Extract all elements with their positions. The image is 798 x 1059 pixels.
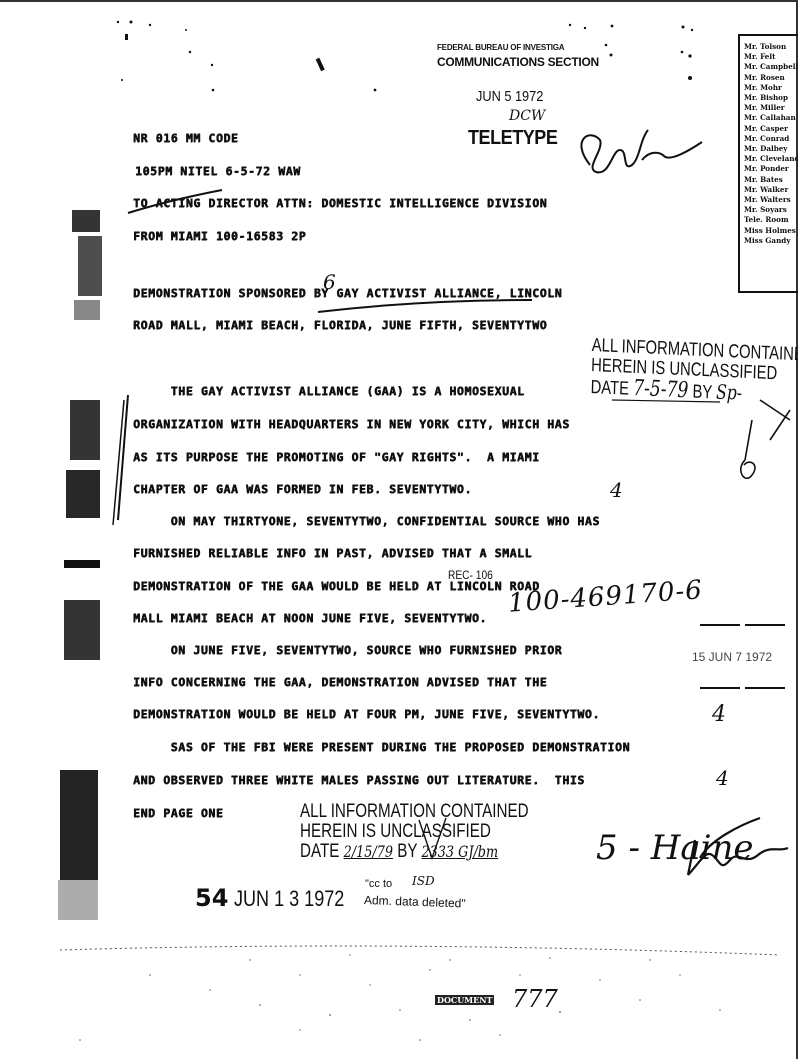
body-line: AND OBSERVED THREE WHITE MALES PASSING O… <box>133 773 585 787</box>
stamp-by-label: BY <box>397 841 417 862</box>
routing-item: Mr. Rosen <box>740 73 798 83</box>
rec-stamp: REC- 106 <box>448 568 493 582</box>
filing-line <box>700 687 740 689</box>
routing-item: Mr. Ponder <box>740 164 798 174</box>
routing-item: Mr. Bates <box>740 175 798 185</box>
routing-item: Mr. Walters <box>740 195 798 205</box>
body-line: DEMONSTRATION WOULD BE HELD AT FOUR PM, … <box>133 707 600 721</box>
body-line: INFO CONCERNING THE GAA, DEMONSTRATION A… <box>133 675 547 689</box>
to-line: TO ACTING DIRECTOR ATTN: DOMESTIC INTELL… <box>133 196 547 210</box>
stamp-date-value: 7-5-79 <box>633 376 689 403</box>
received-date-stamp: JUN 5 1972 <box>476 88 543 105</box>
stamp-date-row: DATE 2/15/79 BY 2333 GJ/bm <box>300 842 529 862</box>
cc-handwritten: ISD <box>412 874 435 888</box>
filed-date-stamp: JUN 1 3 1972 <box>234 886 344 912</box>
body-line: ON MAY THIRTYONE, SEVENTYTWO, CONFIDENTI… <box>133 514 600 528</box>
body-line: MALL MIAMI BEACH AT NOON JUNE FIVE, SEVE… <box>133 611 487 625</box>
body-line: END PAGE ONE <box>133 806 223 820</box>
routing-item: Mr. Cleveland <box>740 154 798 164</box>
serial-number: 54 <box>195 884 228 912</box>
body-line: ON JUNE FIVE, SEVENTYTWO, SOURCE WHO FUR… <box>133 643 562 657</box>
stamp-by-value: 2333 GJ/bm <box>421 842 498 861</box>
routing-item: Mr. Bishop <box>740 93 798 103</box>
filing-line <box>745 624 785 626</box>
transmission-type: TELETYPE <box>468 127 557 150</box>
routing-item: Mr. Walker <box>740 185 798 195</box>
communications-section: COMMUNICATIONS SECTION <box>437 55 599 69</box>
scan-top-border <box>0 0 798 2</box>
code-line: NR 016 MM CODE <box>133 131 238 145</box>
side-date-stamp: 15 JUN 7 1972 <box>692 650 772 664</box>
body-line: CHAPTER OF GAA WAS FORMED IN FEB. SEVENT… <box>133 482 472 496</box>
cc-note: "cc to <box>365 878 392 890</box>
from-line: FROM MIAMI 100-16583 2P <box>133 229 306 243</box>
stamp-line-2: HEREIN IS UNCLASSIFIED <box>300 822 529 842</box>
body-line: ORGANIZATION WITH HEADQUARTERS IN NEW YO… <box>133 417 570 431</box>
routing-item: Mr. Dalbey <box>740 144 798 154</box>
stamp-line-1: ALL INFORMATION CONTAINED <box>300 802 529 822</box>
routing-item: Mr. Soyars <box>740 205 798 215</box>
bureau-name: FEDERAL BUREAU OF INVESTIGA <box>437 43 564 52</box>
routing-item: Mr. Miller <box>740 103 798 113</box>
filing-line <box>745 687 785 689</box>
routing-handwritten: 5 - Haine <box>596 828 754 868</box>
margin-mark: 4 <box>716 766 729 790</box>
stamp-date-label: DATE <box>590 377 629 400</box>
routing-list: Mr. TolsonMr. FeltMr. CampbellMr. RosenM… <box>740 42 798 246</box>
admin-note: Adm. data deleted" <box>364 893 466 911</box>
routing-item: Mr. Mohr <box>740 83 798 93</box>
declassification-stamp-2: ALL INFORMATION CONTAINED HEREIN IS UNCL… <box>300 802 529 862</box>
body-line: DEMONSTRATION SPONSORED BY GAY ACTIVIST … <box>133 286 562 300</box>
routing-item: Mr. Campbell <box>740 62 798 72</box>
routing-item: Mr. Tolson <box>740 42 798 52</box>
document-label: DOCUMENT <box>435 995 494 1005</box>
body-line: AS ITS PURPOSE THE PROMOTING OF "GAY RIG… <box>133 450 540 464</box>
body-line: THE GAY ACTIVIST ALLIANCE (GAA) IS A HOM… <box>133 384 525 398</box>
body-line: FURNISHED RELIABLE INFO IN PAST, ADVISED… <box>133 546 532 560</box>
routing-list-box: Mr. TolsonMr. FeltMr. CampbellMr. RosenM… <box>738 34 798 293</box>
routing-item: Mr. Conrad <box>740 134 798 144</box>
stamp-by-value: Sp- <box>716 380 743 405</box>
routing-item: Mr. Felt <box>740 52 798 62</box>
stamp-date-label: DATE <box>300 841 339 862</box>
handwritten-initials: DCW <box>509 108 545 124</box>
routing-item: Miss Holmes <box>740 226 798 236</box>
stamp-by-label: BY <box>692 382 712 404</box>
time-line: 105PM NITEL 6-5-72 WAW <box>135 164 301 178</box>
margin-mark: 4 <box>712 702 726 727</box>
routing-item: Miss Gandy <box>740 236 798 246</box>
declassification-stamp: ALL INFORMATION CONTAINED HEREIN IS UNCL… <box>590 336 798 408</box>
margin-mark: 4 <box>610 478 623 502</box>
document-number: 777 <box>512 985 558 1013</box>
filing-line <box>700 624 740 626</box>
routing-item: Mr. Callahan <box>740 113 798 123</box>
routing-item: Tele. Room <box>740 215 798 225</box>
body-line: ROAD MALL, MIAMI BEACH, FLORIDA, JUNE FI… <box>133 318 547 332</box>
stamp-date-value: 2/15/79 <box>344 842 393 861</box>
routing-item: Mr. Casper <box>740 124 798 134</box>
body-line: SAS OF THE FBI WERE PRESENT DURING THE P… <box>133 740 630 754</box>
